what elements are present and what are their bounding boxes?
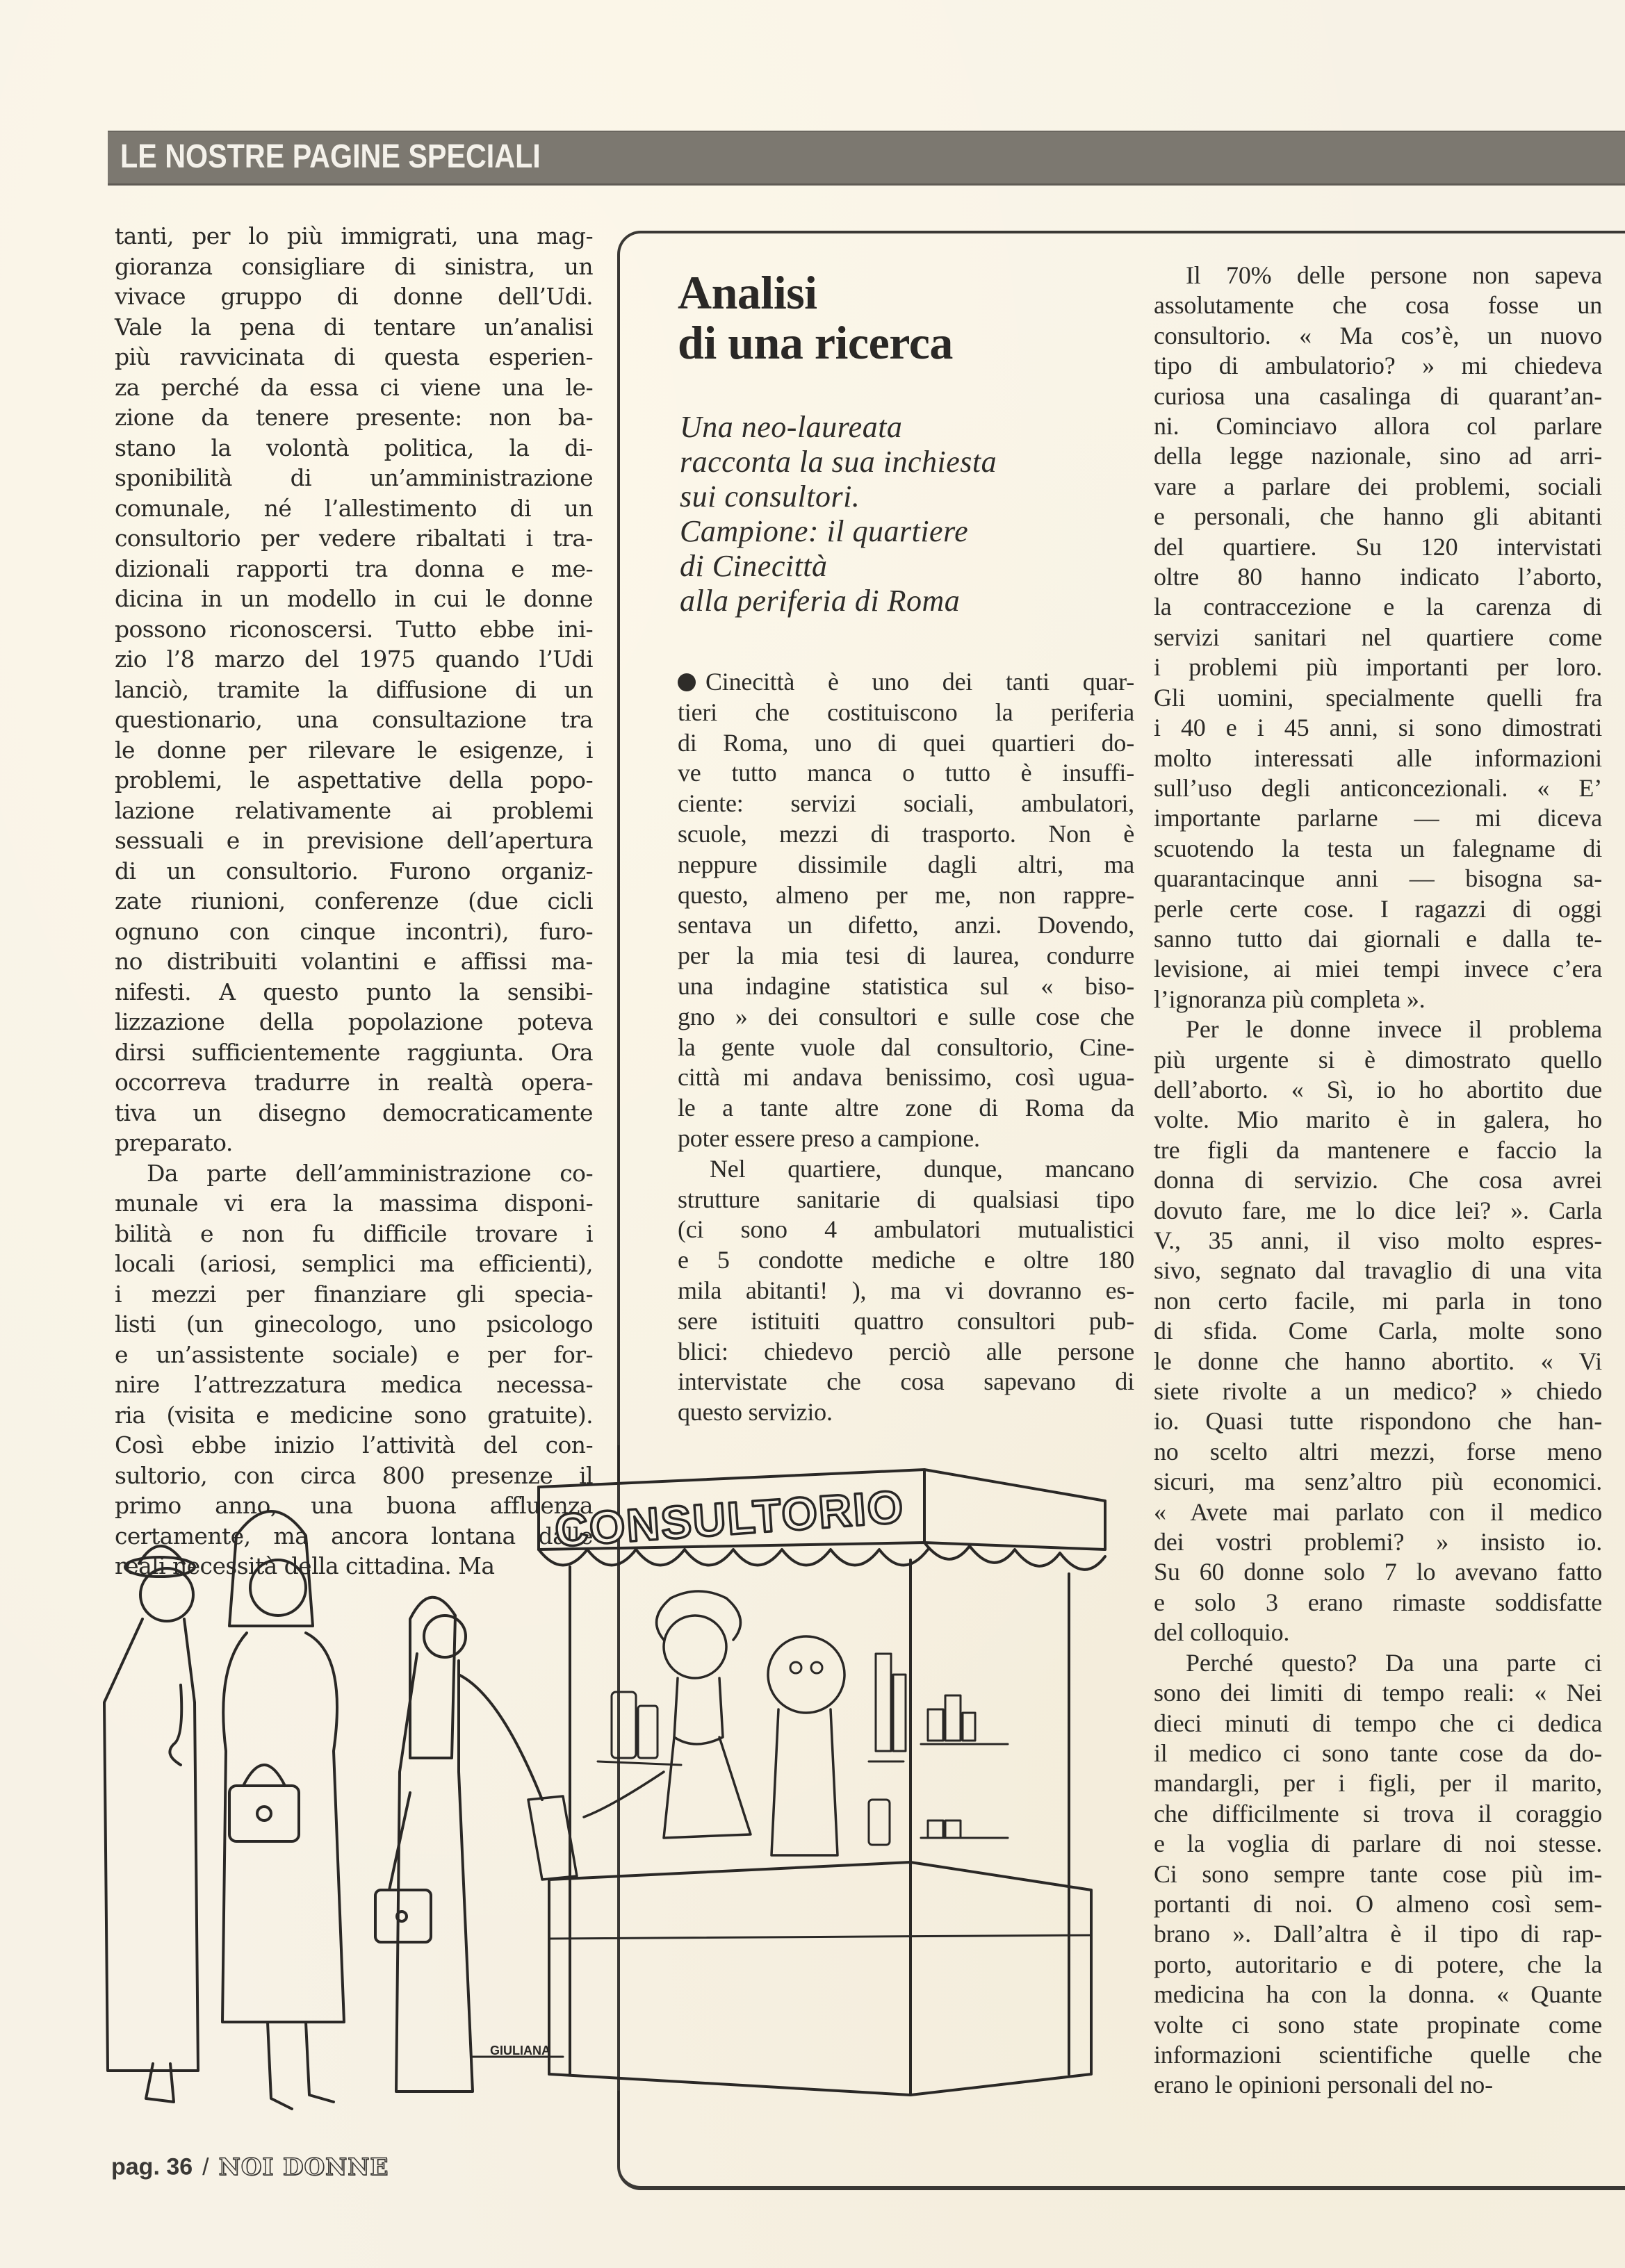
text-line: che difficilmente si trova il coraggio <box>1154 1799 1602 1829</box>
text-line: ciente: servizi sociali, ambulatori, <box>678 789 1134 819</box>
text-line: stano la volontà politica, la di- <box>115 433 593 463</box>
deck-line: Una neo-laureata <box>680 410 1125 445</box>
text-line: questo servizio. <box>678 1397 1134 1428</box>
text-line: sivo, segnato dal travaglio di una vita <box>1154 1256 1602 1285</box>
text-line: munale vi era la massima disponi- <box>115 1188 593 1219</box>
bullet-icon <box>678 673 696 691</box>
text-line: Gli uomini, specialmente quelli fra <box>1154 683 1602 713</box>
text-line: sicuri, ma senz’altro più economici. <box>1154 1467 1602 1497</box>
paragraph: Perché questo? Da una parte cisono dei l… <box>1154 1648 1602 2101</box>
text-line: questionario, una consultazione tra <box>115 705 593 735</box>
booth-icon <box>539 1470 1105 2095</box>
text-line: sere istituiti quattro consultori pub- <box>678 1306 1134 1337</box>
text-line: sono dei limiti di tempo reali: « Nei <box>1154 1678 1602 1708</box>
text-line: portanti di noi. O almeno così sem- <box>1154 1889 1602 1919</box>
text-line: città mi andava benissimo, così ugua- <box>678 1062 1134 1093</box>
paragraph: Per le donne invece il problemapiù urgen… <box>1154 1014 1602 1648</box>
text-line: e personali, che hanno gli abitanti <box>1154 502 1602 532</box>
text-line: brano ». Dall’altra è il tipo di rap- <box>1154 1919 1602 1949</box>
text-line: dieci minuti di tempo che ci dedica <box>1154 1709 1602 1739</box>
text-line: lanciò, tramite la diffusione di un <box>115 675 593 705</box>
text-line: dizionali rapporti tra donna e me- <box>115 554 593 584</box>
text-line: medicina ha con la donna. « Quante <box>1154 1980 1602 2010</box>
text-line: servizi sanitari nel quartiere come <box>1154 623 1602 652</box>
text-line: volte ci sono state propinate come <box>1154 2010 1602 2040</box>
staff-figures-icon <box>584 1591 844 1855</box>
artist-signature: GIULIANA <box>490 2044 550 2057</box>
text-line: sull’uso degli anticoncezionali. « E’ <box>1154 773 1602 803</box>
section-header-bar: LE NOSTRE PAGINE SPECIALI <box>108 131 1625 186</box>
text-line: del colloquio. <box>1154 1618 1602 1647</box>
text-line: volte. Mio marito è in galera, ho <box>1154 1105 1602 1135</box>
text-line: dell’aborto. « Sì, io ho abortito due <box>1154 1075 1602 1105</box>
text-line: listi (un ginecologo, uno psicologo <box>115 1309 593 1340</box>
text-line: oltre 80 hanno indicato l’aborto, <box>1154 562 1602 592</box>
text-line: scuole, mezzi di trasporto. Non è <box>678 819 1134 850</box>
text-line: mila abitanti! ), ma vi dovranno es- <box>678 1276 1134 1306</box>
text-line: tanti, per lo più immigrati, una mag- <box>115 221 593 252</box>
text-line: lizzazione della popolazione poteva <box>115 1007 593 1037</box>
text-line: tiva un disegno democraticamente <box>115 1098 593 1128</box>
text-line: importante parlarne — mi diceva <box>1154 803 1602 833</box>
text-line: nifesti. A questo punto la sensibi- <box>115 977 593 1008</box>
paragraph: Nel quartiere, dunque, mancanostrutture … <box>678 1154 1134 1428</box>
text-line: del quartiere. Su 120 intervistati <box>1154 532 1602 562</box>
text-line: neppure dissimile dagli altri, ma <box>678 850 1134 880</box>
text-line: no scelto altri mezzi, forse meno <box>1154 1437 1602 1467</box>
consultorio-cartoon-illustration: CONSULTORIO <box>83 1445 1140 2140</box>
text-line: V., 35 anni, il viso molto espres- <box>1154 1226 1602 1256</box>
paragraph: Cinecittà è uno dei tanti quar-tieri che… <box>678 667 1134 1154</box>
text-line: mandargli, per i figli, per il marito, <box>1154 1768 1602 1798</box>
text-line: sessuali e in previsione dell’apertura <box>115 825 593 856</box>
right-column-text: Il 70% delle persone non sapevaassolutam… <box>1154 261 1602 2101</box>
text-line: bilità e non fu difficile trovare i <box>115 1219 593 1249</box>
text-line: consultorio. « Ma cos’è, un nuovo <box>1154 321 1602 351</box>
text-line: possono riconoscersi. Tutto ebbe ini- <box>115 614 593 645</box>
left-column-text: tanti, per lo più immigrati, una mag-gio… <box>115 221 593 1581</box>
text-line: consultorio per vedere ribaltati i tra- <box>115 523 593 554</box>
text-line: questo, almeno per me, non rappre- <box>678 880 1134 911</box>
text-line: la gente vuole dal consultorio, Cine- <box>678 1033 1134 1063</box>
text-line: intervistate che cosa sapevano di <box>678 1367 1134 1397</box>
text-line: donna di servizio. Che cosa avrei <box>1154 1165 1602 1195</box>
text-line: erano le opinioni personali del no- <box>1154 2070 1602 2100</box>
text-line: ria (visita e medicine sono gratuite). <box>115 1400 593 1431</box>
text-line: Vale la pena di tentare un’analisi <box>115 312 593 343</box>
text-line: vare a parlare dei problemi, sociali <box>1154 472 1602 502</box>
text-line: Su 60 donne solo 7 lo avevano fatto <box>1154 1557 1602 1587</box>
text-line: il medico ci sono tante cose da do- <box>1154 1739 1602 1768</box>
magazine-name: NOI DONNE <box>219 2153 389 2181</box>
deck-line: alla periferia di Roma <box>680 584 1125 618</box>
text-line: le donne che hanno abortito. « Vi <box>1154 1347 1602 1377</box>
page-number: pag. 36 <box>111 2154 193 2180</box>
article-headline: Analisi di una ricerca <box>678 268 1122 368</box>
text-line: ognuno con cinque incontri), furo- <box>115 917 593 947</box>
text-line: informazioni scientifiche quelle che <box>1154 2040 1602 2070</box>
text-line: Il 70% delle persone non sapeva <box>1154 261 1602 290</box>
text-line: Per le donne invece il problema <box>1154 1014 1602 1044</box>
text-line: comunale, né l’allestimento di un <box>115 493 593 524</box>
deck-line: Campione: il quartiere <box>680 514 1125 549</box>
text-line: levisione, ai miei tempi invece c’era <box>1154 954 1602 984</box>
text-line: sponibilità di un’amministrazione <box>115 463 593 493</box>
text-line: di Roma, uno di quei quartieri do- <box>678 728 1134 759</box>
text-line: siete rivolte a un medico? » chiedo <box>1154 1377 1602 1406</box>
text-line: della legge nazionale, sino ad arri- <box>1154 441 1602 471</box>
text-line: gno » dei consultori e sulle cose che <box>678 1002 1134 1033</box>
text-line: i problemi più importanti per loro. <box>1154 652 1602 682</box>
footer-separator: / <box>202 2154 209 2180</box>
text-line: nire l’attrezzatura medica necessa- <box>115 1370 593 1400</box>
text-line: porto, autoritario e di potere, che la <box>1154 1950 1602 1980</box>
deck-line: di Cinecittà <box>680 549 1125 584</box>
text-line: preparato. <box>115 1128 593 1158</box>
text-line: di sfida. Come Carla, molte sono <box>1154 1316 1602 1346</box>
text-line: gioranza consigliare di sinistra, un <box>115 252 593 282</box>
text-line: tre figli da mantenere e faccio la <box>1154 1135 1602 1165</box>
text-line: ve tutto manca o tutto è insuffi- <box>678 758 1134 789</box>
text-line: dirsi sufficientemente raggiunta. Ora <box>115 1037 593 1068</box>
text-line: le a tante altre zone di Roma da <box>678 1093 1134 1124</box>
text-line: e 5 condotte mediche e oltre 180 <box>678 1245 1134 1276</box>
text-line: assolutamente che cosa fosse un <box>1154 290 1602 320</box>
page-footer: pag. 36/NOI DONNE <box>111 2153 389 2187</box>
text-line: curiosa una casalinga di quarant’an- <box>1154 381 1602 411</box>
text-line: (ci sono 4 ambulatori mutualistici <box>678 1215 1134 1245</box>
text-line: la contraccezione e la carenza di <box>1154 592 1602 622</box>
text-line: za perché da essa ci viene una le- <box>115 372 593 403</box>
text-line: e un’assistente sociale) e per for- <box>115 1340 593 1370</box>
text-line: sentava un difetto, anzi. Dovendo, <box>678 910 1134 941</box>
headline-line-2: di una ricerca <box>678 318 1122 368</box>
text-line: zione da tenere presente: non ba- <box>115 402 593 433</box>
text-line-content: Cinecittà è uno dei tanti quar- <box>705 668 1134 696</box>
text-line: molto interessati alle informazioni <box>1154 743 1602 773</box>
text-line: zio l’8 marzo del 1975 quando l’Udi <box>115 644 593 675</box>
text-line: « Avete mai parlato con il medico <box>1154 1497 1602 1527</box>
text-line: e solo 3 erano rimaste soddisfatte <box>1154 1588 1602 1618</box>
text-line: locali (ariosi, semplici ma efficienti), <box>115 1249 593 1279</box>
text-line: io. Quasi tutte rispondono che han- <box>1154 1406 1602 1436</box>
text-line: occorreva tradurre in realtà opera- <box>115 1067 593 1098</box>
paragraph: tanti, per lo più immigrati, una mag-gio… <box>115 221 593 1158</box>
text-line: zate riunioni, conferenze (due cicli <box>115 886 593 917</box>
text-line: scuotendo la testa un falegname di <box>1154 834 1602 864</box>
text-line: problemi, le aspettative della popo- <box>115 765 593 796</box>
text-line: l’ignoranza più completa ». <box>1154 985 1602 1014</box>
deck-line: sui consultori. <box>680 479 1125 514</box>
text-line: di un consultorio. Furono organiz- <box>115 856 593 887</box>
text-line: sanno tutto dai giornali e dalla te- <box>1154 924 1602 954</box>
women-queue-icon <box>104 1511 542 2109</box>
text-line: dovuto fare, me lo dice lei? ». Carla <box>1154 1196 1602 1226</box>
text-line: tipo di ambulatorio? » mi chiedeva <box>1154 351 1602 381</box>
text-line: una indagine statistica sul « biso- <box>678 971 1134 1002</box>
text-line: per la mia tesi di laurea, condurre <box>678 941 1134 971</box>
text-line: ni. Cominciavo allora col parlare <box>1154 411 1602 441</box>
deck-line: racconta la sua inchiesta <box>680 445 1125 479</box>
text-line: Cinecittà è uno dei tanti quar- <box>678 667 1134 698</box>
text-line: blici: chiedevo perciò alle persone <box>678 1337 1134 1367</box>
headline-line-1: Analisi <box>678 268 1122 318</box>
paragraph: Il 70% delle persone non sapevaassolutam… <box>1154 261 1602 1014</box>
text-line: e la voglia di parlare di noi stesse. <box>1154 1829 1602 1859</box>
text-line: Da parte dell’amministrazione co- <box>115 1158 593 1189</box>
text-line: le donne per rilevare le esigenze, i <box>115 735 593 766</box>
text-line: strutture sanitarie di qualsiasi tipo <box>678 1185 1134 1215</box>
article-deck: Una neo-laureata racconta la sua inchies… <box>680 410 1125 618</box>
text-line: lazione relativamente ai problemi <box>115 796 593 826</box>
text-line: non certo facile, mi parla in tono <box>1154 1286 1602 1316</box>
text-line: più urgente si è dimostrato quello <box>1154 1045 1602 1075</box>
text-line: Nel quartiere, dunque, mancano <box>678 1154 1134 1185</box>
text-line: i mezzi per finanziare gli specia- <box>115 1279 593 1310</box>
middle-column-text: Cinecittà è uno dei tanti quar-tieri che… <box>678 667 1134 1428</box>
text-line: poter essere preso a campione. <box>678 1124 1134 1154</box>
text-line: quarantacinque anni — bisogna sa- <box>1154 864 1602 894</box>
text-line: no distribuiti volantini e affissi ma- <box>115 946 593 977</box>
text-line: vivace gruppo di donne dell’Udi. <box>115 281 593 312</box>
text-line: più ravvicinata di questa esperien- <box>115 342 593 372</box>
text-line: Ci sono sempre tante cose più im- <box>1154 1859 1602 1889</box>
text-line: Perché questo? Da una parte ci <box>1154 1648 1602 1678</box>
text-line: perle certe cose. I ragazzi di oggi <box>1154 894 1602 924</box>
text-line: i 40 e i 45 anni, si sono dimostrati <box>1154 713 1602 743</box>
text-line: dicina in un modello in cui le donne <box>115 584 593 614</box>
text-line: tieri che costituiscono la periferia <box>678 698 1134 728</box>
text-line: dei vostri problemi? » insisto io. <box>1154 1527 1602 1557</box>
section-label: LE NOSTRE PAGINE SPECIALI <box>120 138 541 176</box>
